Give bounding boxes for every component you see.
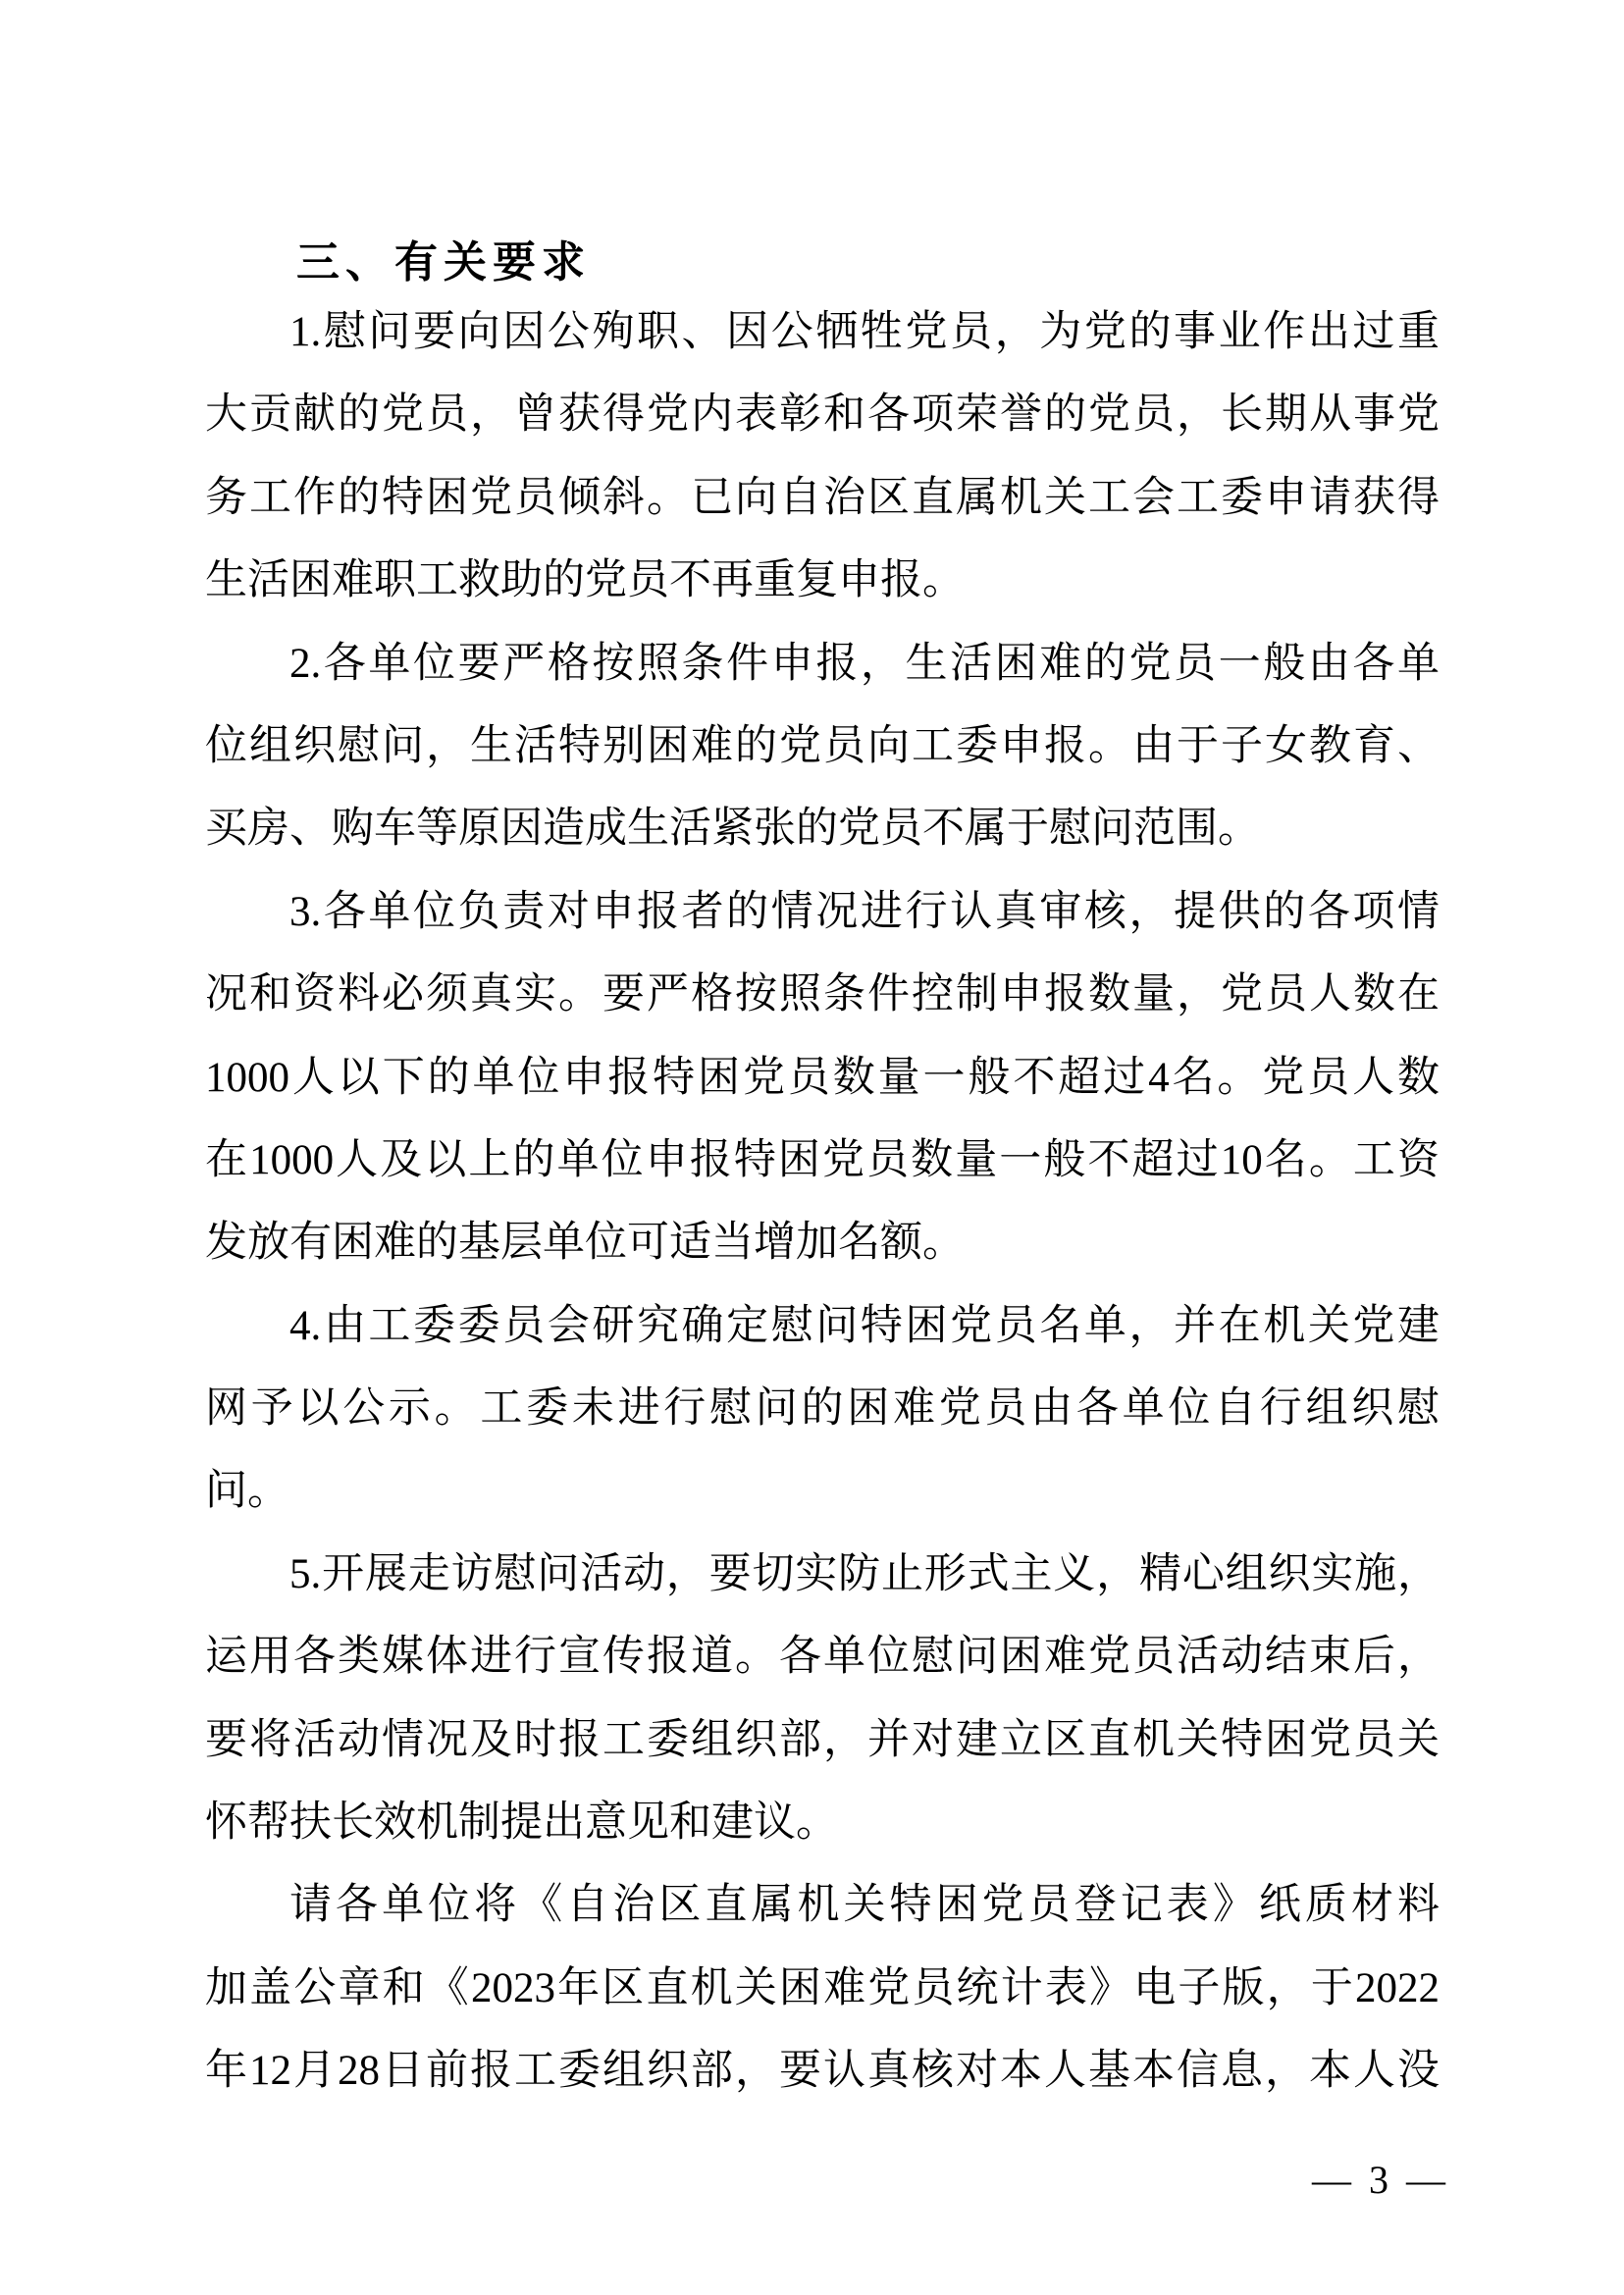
document-page: 三、有关要求 1.慰问要向因公殉职、因公牺牲党员，为党的事业作出过重大贡献的党员… bbox=[0, 0, 1624, 2295]
text-line: 位组织慰问，生活特别困难的党员向工委申报。由于子女教育、 bbox=[205, 705, 1440, 788]
text-line: 1000人以下的单位申报特困党员数量一般不超过4名。党员人数 bbox=[205, 1037, 1440, 1120]
text-line: 4.由工委委员会研究确定慰问特困党员名单，并在机关党建 bbox=[205, 1285, 1440, 1368]
text-line: 年12月28日前报工委组织部，要认真核对本人基本信息，本人没 bbox=[205, 2030, 1440, 2112]
text-line: 发放有困难的基层单位可适当增加名额。 bbox=[205, 1202, 1440, 1284]
text-line: 请各单位将《自治区直属机关特困党员登记表》纸质材料 bbox=[205, 1864, 1440, 1947]
text-line: 生活困难职工救助的党员不再重复申报。 bbox=[205, 540, 1440, 622]
section-heading: 三、有关要求 bbox=[296, 241, 591, 285]
text-line: 大贡献的党员，曾获得党内表彰和各项荣誉的党员，长期从事党 bbox=[205, 374, 1440, 456]
text-line: 3.各单位负责对申报者的情况进行认真审核，提供的各项情 bbox=[205, 871, 1440, 954]
text-line: 务工作的特困党员倾斜。已向自治区直属机关工会工委申请获得 bbox=[205, 457, 1440, 540]
text-line: 要将活动情况及时报工委组织部，并对建立区直机关特困党员关 bbox=[205, 1699, 1440, 1782]
text-line: 问。 bbox=[205, 1450, 1440, 1533]
page-number: — 3 — bbox=[1312, 2161, 1449, 2200]
text-line: 怀帮扶长效机制提出意见和建议。 bbox=[205, 1782, 1440, 1864]
text-line: 2.各单位要严格按照条件申报，生活困难的党员一般由各单 bbox=[205, 623, 1440, 705]
text-line: 5.开展走访慰问活动，要切实防止形式主义，精心组织实施， bbox=[205, 1534, 1440, 1616]
text-line: 买房、购车等原因造成生活紧张的党员不属于慰问范围。 bbox=[205, 788, 1440, 870]
text-line: 1.慰问要向因公殉职、因公牺牲党员，为党的事业作出过重 bbox=[205, 291, 1440, 374]
document-body: 1.慰问要向因公殉职、因公牺牲党员，为党的事业作出过重大贡献的党员，曾获得党内表… bbox=[205, 291, 1440, 2113]
text-line: 况和资料必须真实。要严格按照条件控制申报数量，党员人数在 bbox=[205, 954, 1440, 1036]
text-line: 运用各类媒体进行宣传报道。各单位慰问困难党员活动结束后， bbox=[205, 1616, 1440, 1698]
text-line: 在1000人及以上的单位申报特困党员数量一般不超过10名。工资 bbox=[205, 1120, 1440, 1202]
text-line: 加盖公章和《2023年区直机关困难党员统计表》电子版，于2022 bbox=[205, 1948, 1440, 2030]
text-line: 网予以公示。工委未进行慰问的困难党员由各单位自行组织慰 bbox=[205, 1368, 1440, 1450]
